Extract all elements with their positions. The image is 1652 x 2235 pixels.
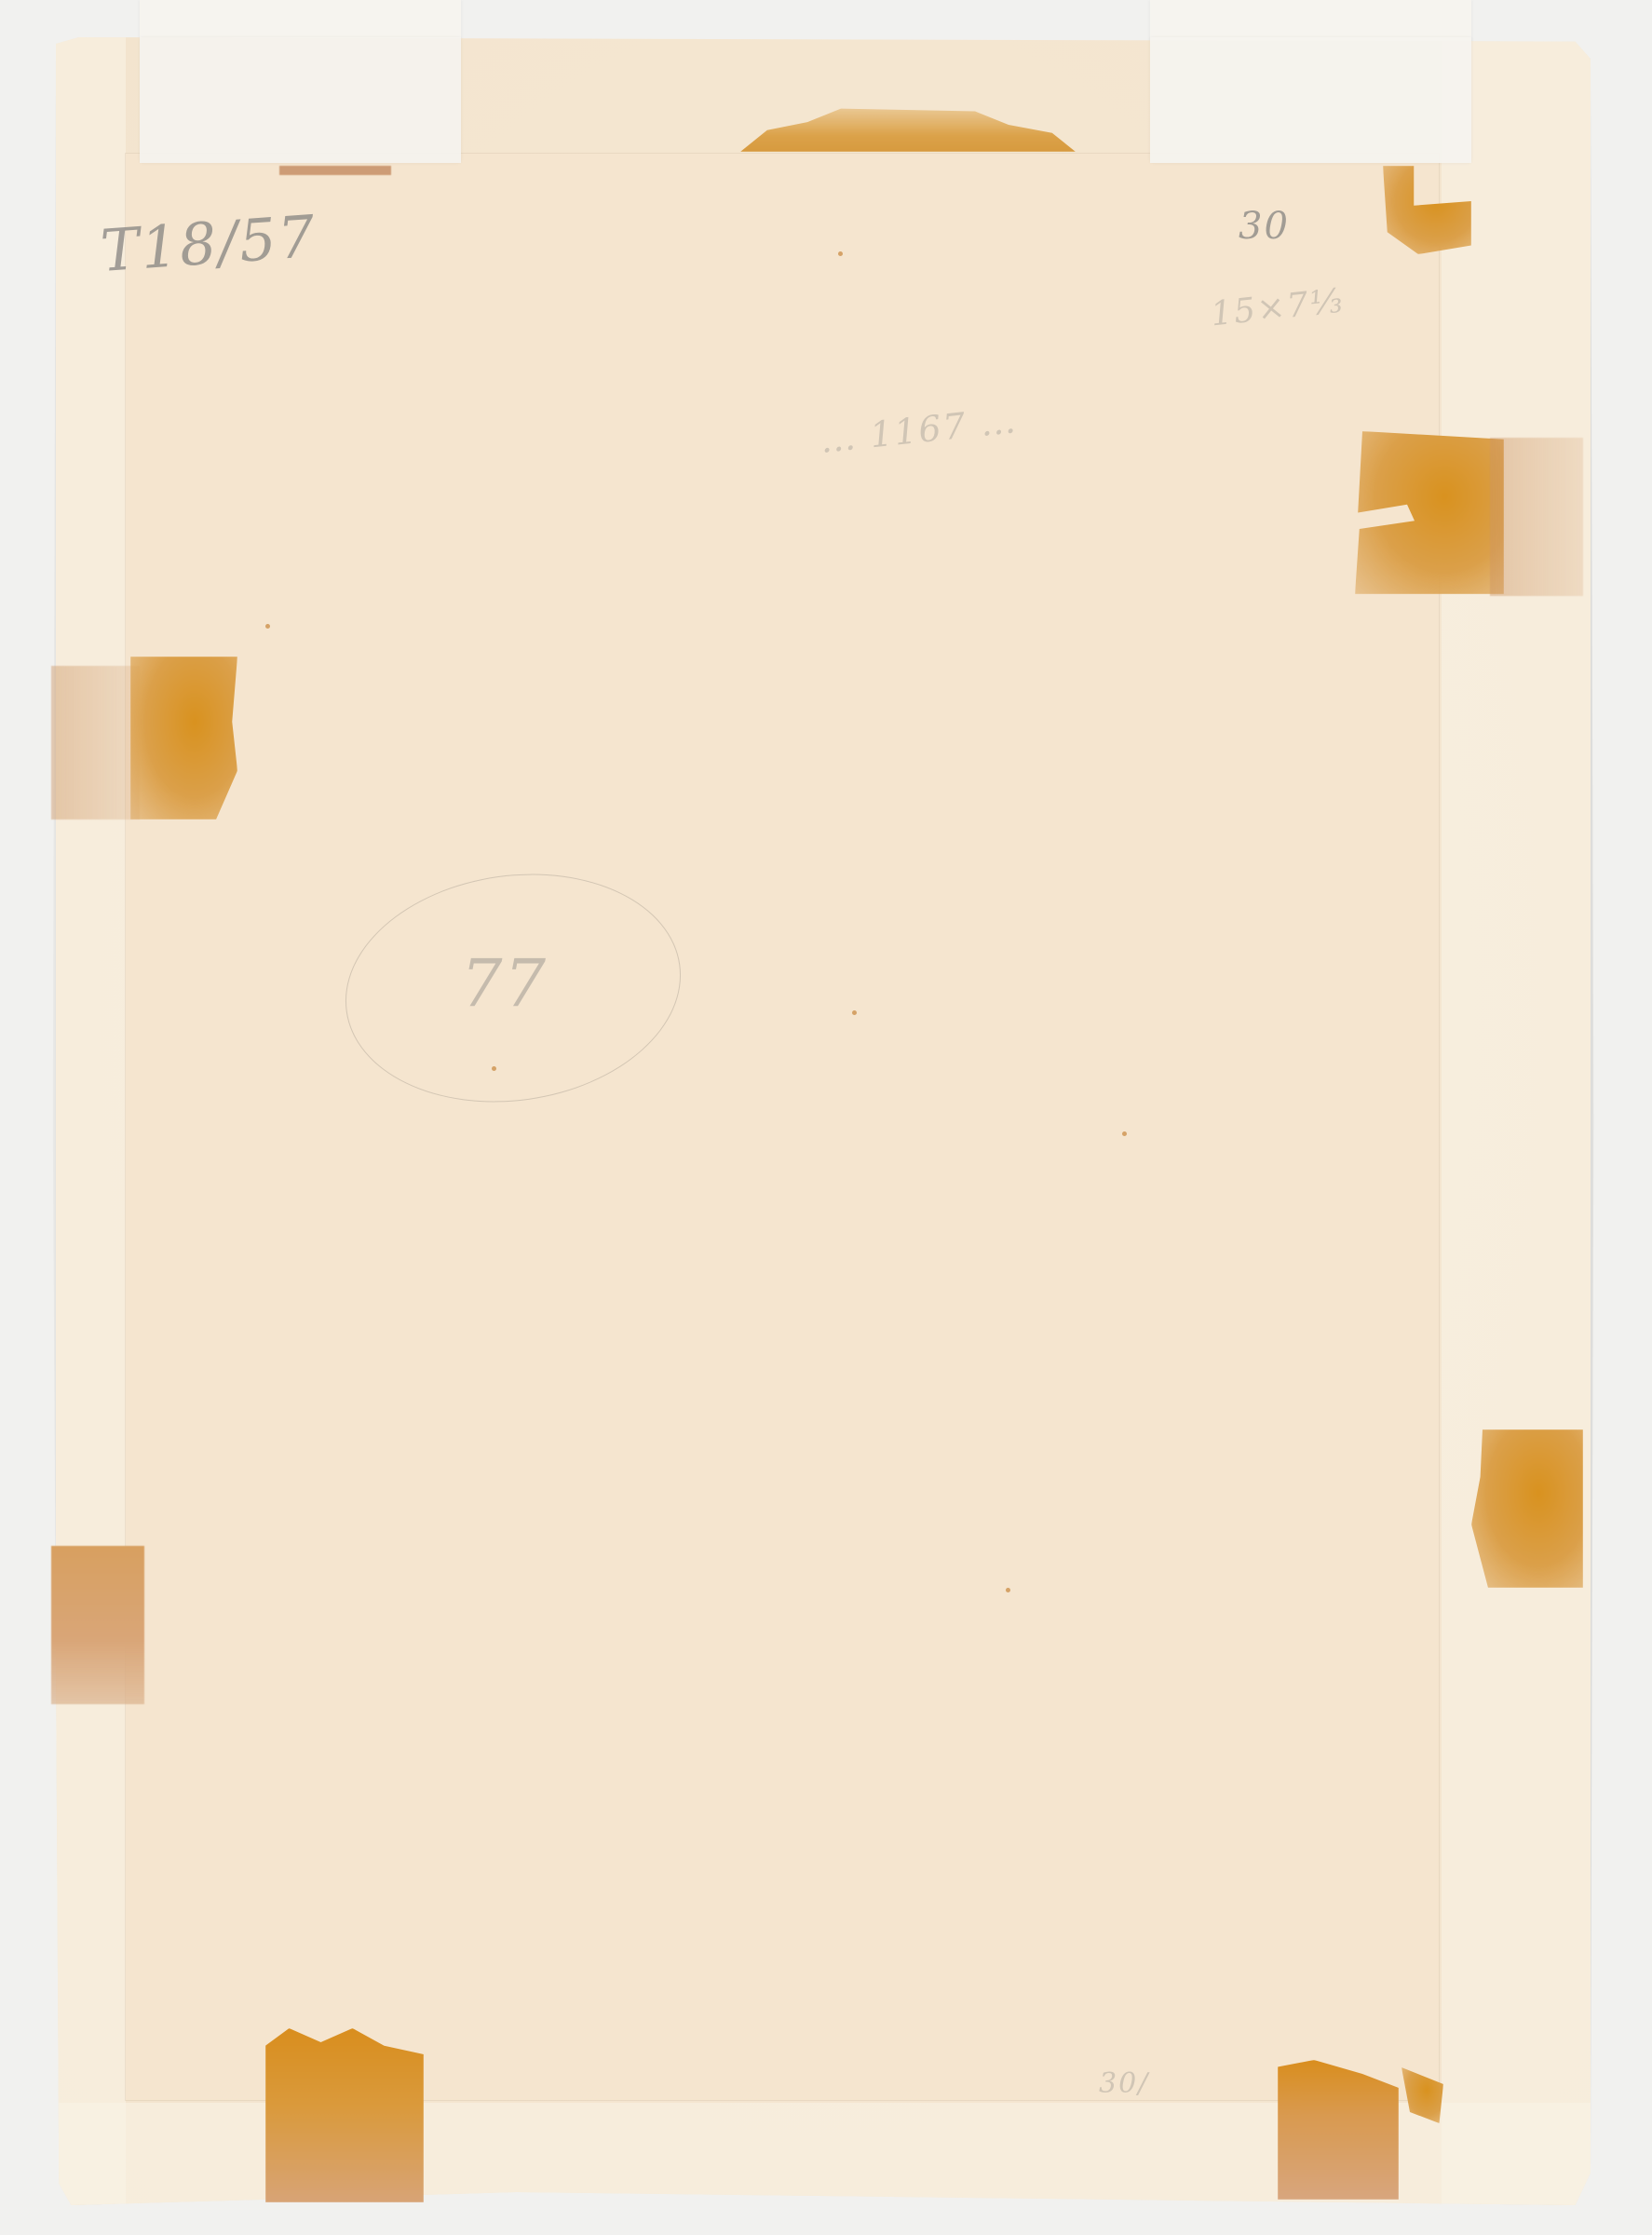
adhesive-stain-right-upper-faint <box>1490 438 1583 596</box>
hinge-tape-top-left-overlay <box>140 37 461 163</box>
inscription-oval-number: 77 <box>461 945 548 1022</box>
inscription-number-30: 30 <box>1239 205 1290 248</box>
foxing-speck <box>852 1010 857 1015</box>
foxing-speck <box>1006 1588 1010 1592</box>
margin-left <box>56 37 126 2205</box>
adhesive-stain-left-lower <box>51 1546 144 1704</box>
adhesive-stain-left-middle <box>130 657 237 819</box>
adhesive-stain-bottom-left <box>265 2028 424 2202</box>
adhesive-stain-left-middle-faint <box>51 666 140 819</box>
inscription-bottom: 30/ <box>1099 2067 1149 2100</box>
foxing-speck <box>838 251 843 256</box>
adhesive-stain-top-left-strip <box>279 166 391 175</box>
margin-right <box>1442 37 1591 2205</box>
adhesive-stain-bottom-right <box>1278 2060 1399 2200</box>
foxing-speck <box>265 624 270 629</box>
foxing-speck <box>1122 1131 1127 1136</box>
hinge-tape-top-right-overlay <box>1150 37 1471 163</box>
foxing-speck <box>492 1066 496 1071</box>
artwork-verso-photo: T18/57 30 15×7⅓ … 1167 … 77 30/ <box>0 0 1652 2235</box>
inner-sheet <box>126 154 1439 2100</box>
adhesive-stain-right-lower <box>1471 1429 1583 1588</box>
